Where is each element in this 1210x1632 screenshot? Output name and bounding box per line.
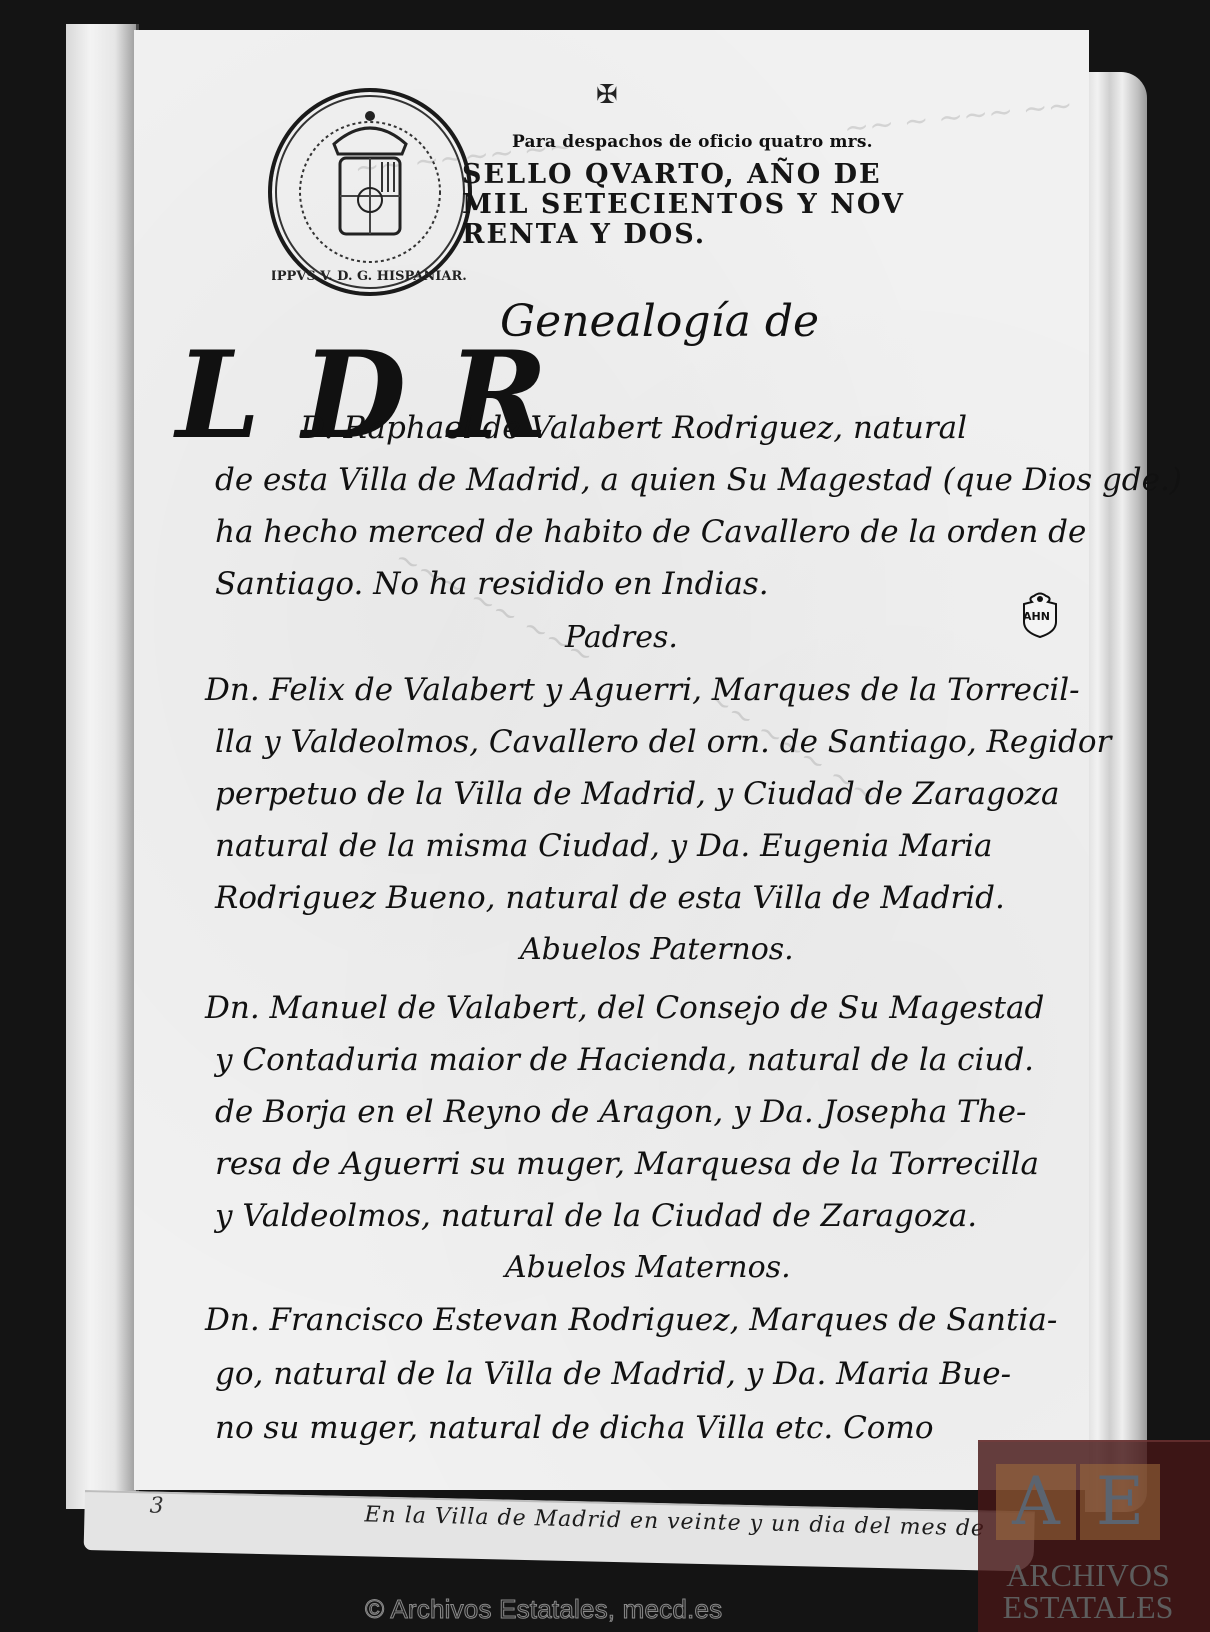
stamp-line: MIL SETECIENTOS Y NOV — [462, 190, 905, 220]
ahn-label: AHN — [1023, 610, 1050, 623]
viewer-background: 3 En la Villa de Madrid en veinte y un d… — [0, 0, 1210, 1632]
stamp-header: Para despachos de oficio quatro mrs. — [512, 132, 873, 152]
logo-text-estatales: ESTATALES — [978, 1592, 1198, 1622]
stamp-text: SELLO QVARTO, AÑO DE MIL SETECIENTOS Y N… — [462, 160, 905, 250]
royal-seal: PHILIPPVS V. D. G. HISPANIAR. REX. — [268, 88, 472, 296]
stamp-line: SELLO QVARTO, AÑO DE — [462, 160, 905, 190]
intro-line: D. Raphael de Valabert Rodriguez, natura… — [300, 410, 967, 446]
section-heading-padres: Padres. — [565, 620, 678, 655]
left-page-fold — [66, 24, 139, 1509]
copyright-watermark: © Archivos Estatales, mecd.es — [365, 1594, 722, 1625]
section-heading-abuelos-paternos: Abuelos Paternos. — [520, 932, 794, 967]
archivos-estatales-logo: A E ARCHIVOS ESTATALES — [978, 1440, 1210, 1632]
genealogy-line: go, natural de la Villa de Madrid, y Da.… — [215, 1356, 1011, 1392]
cross-icon: ✠ — [596, 80, 618, 110]
genealogy-line: Dn. Francisco Estevan Rodriguez, Marques… — [205, 1302, 1057, 1338]
genealogy-line: Rodriguez Bueno, natural de esta Villa d… — [215, 880, 1005, 916]
genealogy-line: no su muger, natural de dicha Villa etc.… — [215, 1410, 934, 1446]
underlying-page-number: 3 — [149, 1493, 164, 1518]
logo-letter-a: A — [996, 1464, 1076, 1540]
intro-line: de esta Villa de Madrid, a quien Su Mage… — [215, 462, 1182, 498]
genealogy-line: perpetuo de la Villa de Madrid, y Ciudad… — [215, 776, 1059, 812]
genealogy-line: lla y Valdeolmos, Cavallero del orn. de … — [215, 724, 1111, 760]
svg-text:PHILIPPVS V. D. G. HISPANIAR.: PHILIPPVS V. D. G. HISPANIAR. REX. — [272, 269, 468, 284]
genealogy-line: y Contaduria maior de Hacienda, natural … — [215, 1042, 1034, 1078]
stamp-line: RENTA Y DOS. — [462, 220, 905, 250]
right-page-edges — [1085, 72, 1147, 1512]
coat-of-arms-icon: PHILIPPVS V. D. G. HISPANIAR. REX. — [272, 92, 468, 292]
genealogy-line: y Valdeolmos, natural de la Ciudad de Za… — [215, 1198, 977, 1234]
ahn-archive-stamp: AHN — [1020, 592, 1060, 638]
intro-line: Santiago. No ha residido en Indias. — [215, 566, 769, 602]
logo-letter-e: E — [1080, 1464, 1160, 1540]
section-heading-abuelos-maternos: Abuelos Maternos. — [505, 1250, 791, 1285]
underlying-page: 3 En la Villa de Madrid en veinte y un d… — [84, 1490, 1035, 1572]
genealogy-line: Dn. Manuel de Valabert, del Consejo de S… — [205, 990, 1044, 1026]
logo-text-archivos: ARCHIVOS — [978, 1560, 1198, 1590]
intro-line: ha hecho merced de habito de Cavallero d… — [215, 514, 1086, 550]
genealogy-line: de Borja en el Reyno de Aragon, y Da. Jo… — [215, 1094, 1027, 1130]
genealogy-line: resa de Aguerri su muger, Marquesa de la… — [215, 1146, 1039, 1182]
genealogy-line: Dn. Felix de Valabert y Aguerri, Marques… — [205, 672, 1080, 708]
underlying-page-text: En la Villa de Madrid en veinte y un dia… — [364, 1502, 985, 1541]
genealogy-line: natural de la misma Ciudad, y Da. Eugeni… — [215, 828, 993, 864]
